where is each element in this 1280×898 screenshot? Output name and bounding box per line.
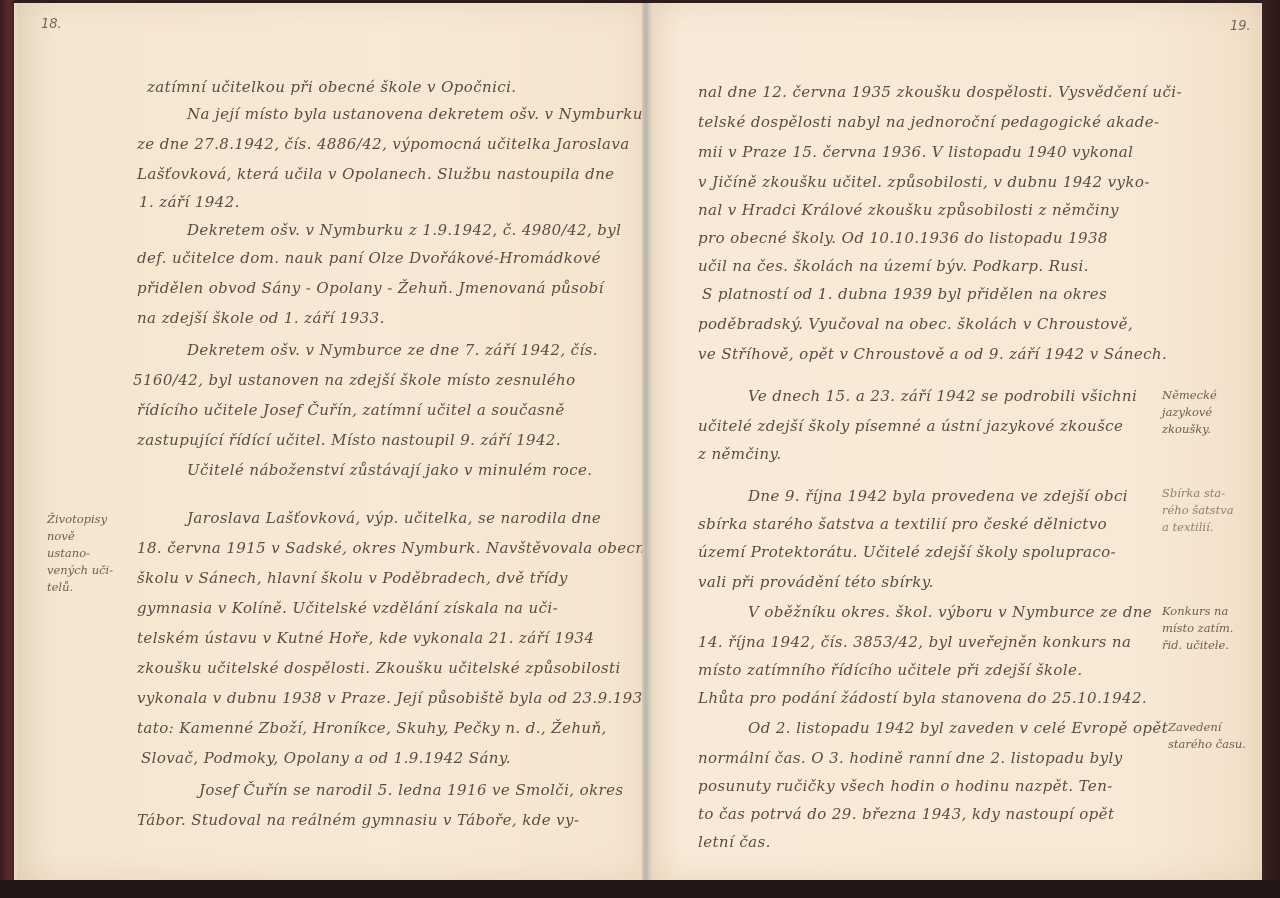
book-gutter	[642, 3, 652, 880]
right-page: 19. nal dne 12. června 1935 zkoušku dosp…	[652, 3, 1262, 880]
text-line: Na její místo byla ustanovena dekretem o…	[187, 105, 643, 123]
margin-note-german-exams: Německé jazykové zkoušky.	[1162, 387, 1242, 438]
text-line: vali při provádění této sbírky.	[698, 573, 934, 591]
text-line: 18. června 1915 v Sadské, okres Nymburk.…	[137, 539, 665, 557]
page-number: 19.	[1230, 19, 1251, 34]
text-line: ze dne 27.8.1942, čís. 4886/42, výpomocn…	[137, 135, 630, 153]
text-line: území Protektorátu. Učitelé zdejší školy…	[698, 543, 1116, 561]
text-line: přidělen obvod Sány - Opolany - Žehuň. J…	[137, 279, 604, 297]
text-line: normální čas. O 3. hodině ranní dne 2. l…	[698, 749, 1123, 767]
text-line: na zdejší škole od 1. září 1933.	[137, 309, 385, 327]
text-line: 14. října 1942, čís. 3853/42, byl uveřej…	[698, 633, 1131, 651]
text-line: Dne 9. října 1942 byla provedena ve zdej…	[748, 487, 1128, 505]
text-line: Tábor. Studoval na reálném gymnasiu v Tá…	[137, 811, 579, 829]
text-line: sbírka starého šatstva a textilií pro če…	[698, 515, 1107, 533]
text-line: Jaroslava Lašťovková, výp. učitelka, se …	[187, 509, 601, 527]
text-line: Dekretem ošv. v Nymburku z 1.9.1942, č. …	[187, 221, 621, 239]
text-line: zatímní učitelkou při obecné škole v Opo…	[147, 78, 516, 96]
margin-note-clothing-collection: Sbírka sta- rého šatstva a textilií.	[1162, 485, 1242, 536]
text-line: def. učitelce dom. nauk paní Olze Dvořák…	[137, 249, 601, 267]
text-line: Ve dnech 15. a 23. září 1942 se podrobil…	[748, 387, 1137, 405]
text-line: učitelé zdejší školy písemné a ústní jaz…	[698, 417, 1123, 435]
text-line: Lašťovková, která učila v Opolanech. Slu…	[137, 165, 614, 183]
book-cover-left-edge	[0, 0, 14, 898]
margin-note-standard-time: Zavedení starého času.	[1168, 719, 1248, 753]
text-line: to čas potrvá do 29. března 1943, kdy na…	[698, 805, 1114, 823]
text-line: Slovač, Podmoky, Opolany a od 1.9.1942 S…	[141, 749, 511, 767]
text-line: učil na čes. školách na území býv. Podka…	[698, 257, 1089, 275]
text-line: zastupující řídící učitel. Místo nastoup…	[137, 431, 561, 449]
book-cover-right-edge	[1262, 0, 1280, 898]
text-line: S platností od 1. dubna 1939 byl přiděle…	[702, 285, 1107, 303]
text-line: gymnasia v Kolíně. Učitelské vzdělání zí…	[137, 599, 558, 617]
margin-note-biographies: Životopisy nově ustano- vených uči- telů…	[47, 511, 115, 596]
text-line: školu v Sánech, hlavní školu v Poděbrade…	[137, 569, 568, 587]
book-cover-bottom-edge	[0, 880, 1280, 898]
text-line: v Jičíně zkoušku učitel. způsobilosti, v…	[698, 173, 1150, 191]
text-line: Od 2. listopadu 1942 byl zaveden v celé …	[748, 719, 1168, 737]
text-line: poděbradský. Vyučoval na obec. školách v…	[698, 315, 1133, 333]
text-line: Učitelé náboženství zůstávají jako v min…	[187, 461, 592, 479]
text-line: 1. září 1942.	[139, 193, 240, 211]
text-line: letní čas.	[698, 833, 771, 851]
left-page: 18. zatímní učitelkou při obecné škole v…	[14, 3, 645, 880]
text-line: mii v Praze 15. června 1936. V listopadu…	[698, 143, 1133, 161]
text-line: zkoušku učitelské dospělosti. Zkoušku uč…	[137, 659, 621, 677]
text-line: vykonala v dubnu 1938 v Praze. Její půso…	[137, 689, 652, 707]
margin-note-headteacher-competition: Konkurs na místo zatím. řid. učitele.	[1162, 603, 1242, 654]
text-line: V oběžníku okres. škol. výboru v Nymburc…	[748, 603, 1152, 621]
text-line: z němčiny.	[698, 445, 782, 463]
text-line: telském ústavu v Kutné Hoře, kde vykonal…	[137, 629, 594, 647]
text-line: tato: Kamenné Zboží, Hroníkce, Skuhy, Pe…	[137, 719, 607, 737]
text-line: řídícího učitele Josef Čuřín, zatímní uč…	[137, 401, 565, 419]
text-line: pro obecné školy. Od 10.10.1936 do listo…	[698, 229, 1108, 247]
text-line: ve Stříhově, opět v Chroustově a od 9. z…	[698, 345, 1167, 363]
text-line: Josef Čuřín se narodil 5. ledna 1916 ve …	[199, 781, 624, 799]
text-line: telské dospělosti nabyl na jednoroční pe…	[698, 113, 1159, 131]
text-line: Dekretem ošv. v Nymburce ze dne 7. září …	[187, 341, 598, 359]
text-line: posunuty ručičky všech hodin o hodinu na…	[698, 777, 1113, 795]
text-line: nal v Hradci Králové zkoušku způsobilost…	[698, 201, 1119, 219]
text-line: místo zatímního řídícího učitele při zde…	[698, 661, 1082, 679]
page-number: 18.	[41, 17, 62, 32]
text-line: nal dne 12. června 1935 zkoušku dospělos…	[698, 83, 1182, 101]
text-line: 5160/42, byl ustanoven na zdejší škole m…	[133, 371, 576, 389]
text-line: Lhůta pro podání žádostí byla stanovena …	[698, 689, 1147, 707]
